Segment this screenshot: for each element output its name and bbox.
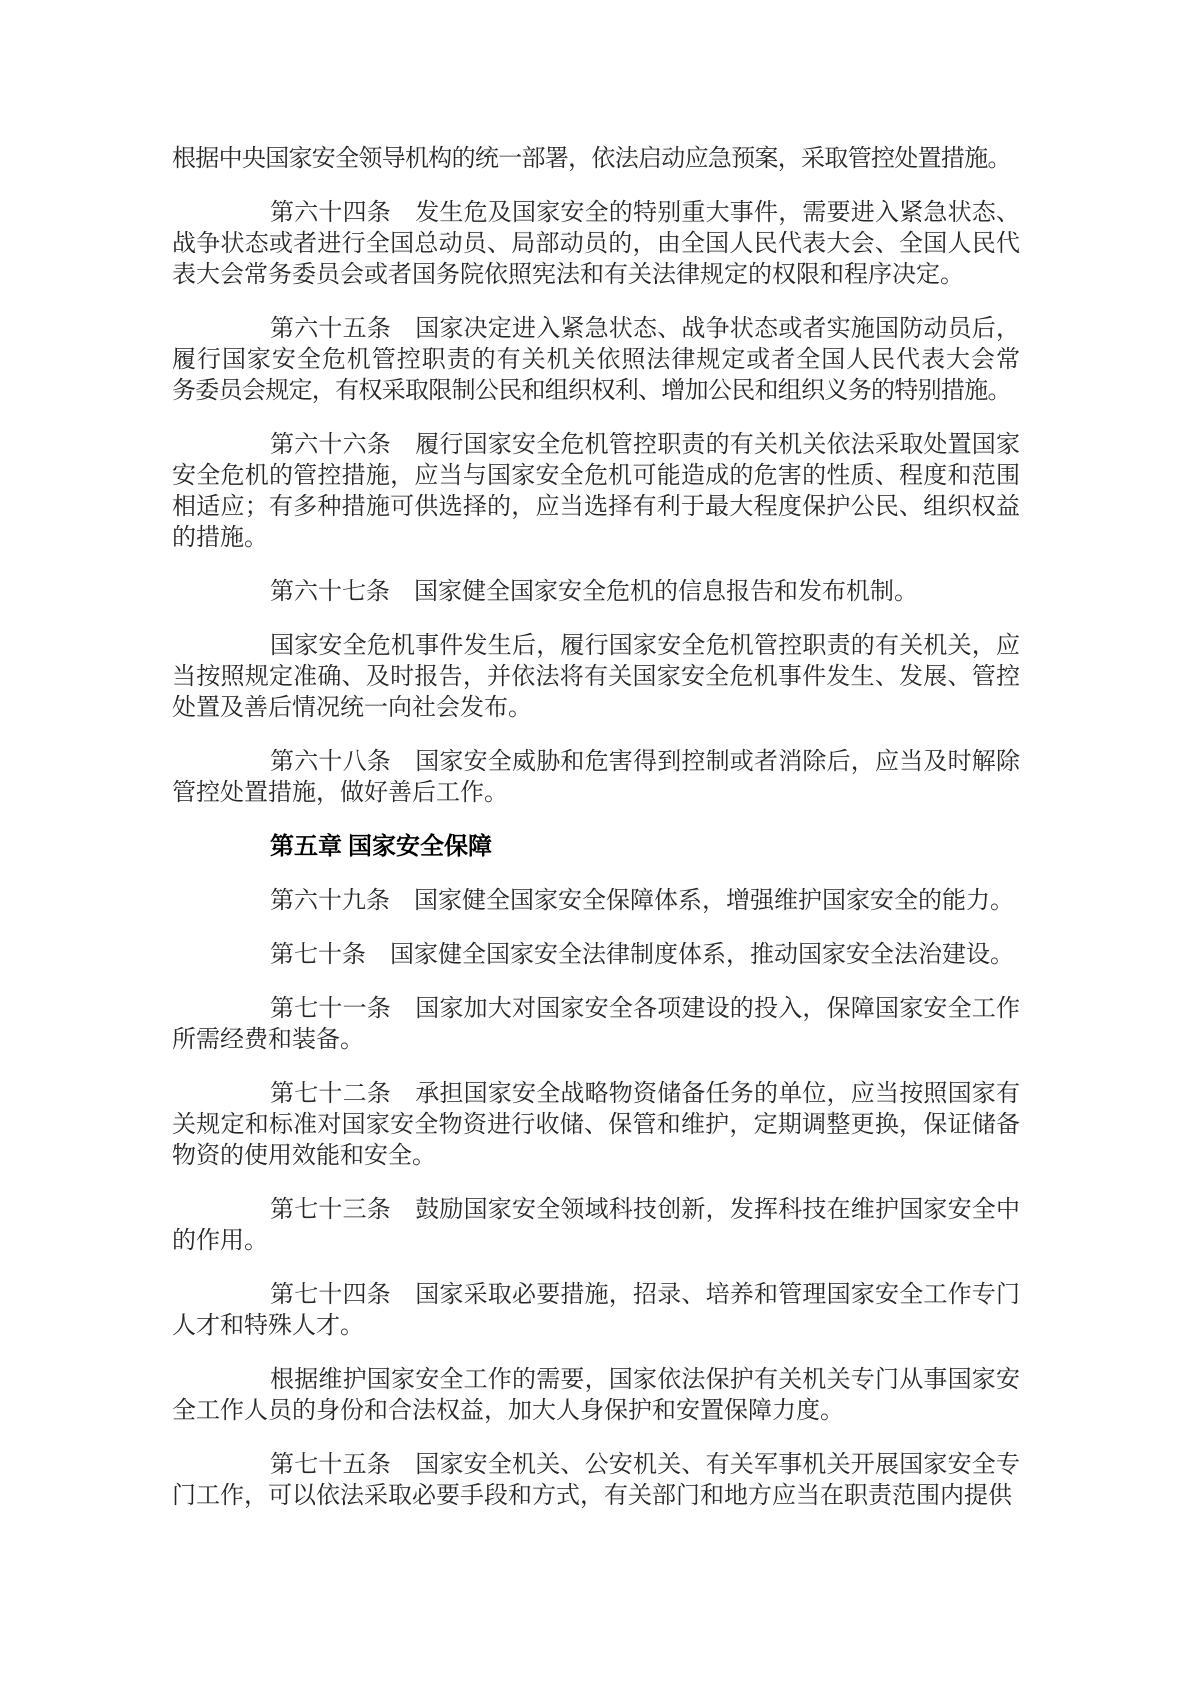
- text-line: 物资的使用效能和安全。: [172, 1141, 1020, 1172]
- legal-paragraph: 第七十四条 国家采取必要措施，招录、培养和管理国家安全工作专门人才和特殊人才。: [172, 1280, 1020, 1342]
- legal-paragraph: 第六十八条 国家安全威胁和危害得到控制或者消除后，应当及时解除管控处置措施，做好…: [172, 747, 1020, 809]
- legal-paragraph: 根据维护国家安全工作的需要，国家依法保护有关机关专门从事国家安全工作人员的身份和…: [172, 1365, 1020, 1427]
- text-line: 当按照规定准确、及时报告，并依法将有关国家安全危机事件发生、发展、管控: [172, 662, 1020, 693]
- legal-paragraph: 第六十五条 国家决定进入紧急状态、战争状态或者实施国防动员后，履行国家安全危机管…: [172, 314, 1020, 407]
- text-line: 第七十一条 国家加大对国家安全各项建设的投入，保障国家安全工作: [172, 994, 1020, 1025]
- text-line: 处置及善后情况统一向社会发布。: [172, 693, 1020, 724]
- text-line: 第六十四条 发生危及国家安全的特别重大事件，需要进入紧急状态、: [172, 198, 1020, 229]
- text-line: 管控处置措施，做好善后工作。: [172, 778, 1020, 809]
- legal-paragraph: 第七十二条 承担国家安全战略物资储备任务的单位，应当按照国家有关规定和标准对国家…: [172, 1079, 1020, 1172]
- text-line: 履行国家安全危机管控职责的有关机关依照法律规定或者全国人民代表大会常: [172, 345, 1020, 376]
- text-line: 第六十七条 国家健全国家安全危机的信息报告和发布机制。: [172, 577, 1020, 608]
- chapter-heading: 第五章 国家安全保障: [172, 832, 1020, 863]
- legal-paragraph: 第六十六条 履行国家安全危机管控职责的有关机关依法采取处置国家安全危机的管控措施…: [172, 430, 1020, 554]
- legal-paragraph: 第六十九条 国家健全国家安全保障体系，增强维护国家安全的能力。: [172, 886, 1020, 917]
- text-line: 根据维护国家安全工作的需要，国家依法保护有关机关专门从事国家安: [172, 1365, 1020, 1396]
- text-line: 第六十八条 国家安全威胁和危害得到控制或者消除后，应当及时解除: [172, 747, 1020, 778]
- text-line: 门工作，可以依法采取必要手段和方式，有关部门和地方应当在职责范围内提供: [172, 1481, 1020, 1512]
- text-line: 的作用。: [172, 1226, 1020, 1257]
- legal-paragraph: 第七十三条 鼓励国家安全领域科技创新，发挥科技在维护国家安全中的作用。: [172, 1195, 1020, 1257]
- legal-paragraph: 第七十一条 国家加大对国家安全各项建设的投入，保障国家安全工作所需经费和装备。: [172, 994, 1020, 1056]
- text-line: 第六十六条 履行国家安全危机管控职责的有关机关依法采取处置国家: [172, 430, 1020, 461]
- legal-paragraph: 第七十条 国家健全国家安全法律制度体系，推动国家安全法治建设。: [172, 940, 1020, 971]
- text-line: 相适应；有多种措施可供选择的，应当选择有利于最大程度保护公民、组织权益: [172, 492, 1020, 523]
- text-line: 第七十四条 国家采取必要措施，招录、培养和管理国家安全工作专门: [172, 1280, 1020, 1311]
- text-line: 根据中央国家安全领导机构的统一部署，依法启动应急预案，采取管控处置措施。: [172, 144, 1020, 175]
- text-line: 第七十三条 鼓励国家安全领域科技创新，发挥科技在维护国家安全中: [172, 1195, 1020, 1226]
- text-line: 全工作人员的身份和合法权益，加大人身保护和安置保障力度。: [172, 1396, 1020, 1427]
- document-page: 根据中央国家安全领导机构的统一部署，依法启动应急预案，采取管控处置措施。第六十四…: [0, 0, 1191, 1684]
- legal-paragraph: 第七十五条 国家安全机关、公安机关、有关军事机关开展国家安全专门工作，可以依法采…: [172, 1450, 1020, 1512]
- text-line: 关规定和标准对国家安全物资进行收储、保管和维护，定期调整更换，保证储备: [172, 1110, 1020, 1141]
- legal-paragraph: 第六十七条 国家健全国家安全危机的信息报告和发布机制。: [172, 577, 1020, 608]
- text-line: 第六十五条 国家决定进入紧急状态、战争状态或者实施国防动员后，: [172, 314, 1020, 345]
- legal-paragraph: 第六十四条 发生危及国家安全的特别重大事件，需要进入紧急状态、战争状态或者进行全…: [172, 198, 1020, 291]
- text-line: 表大会常务委员会或者国务院依照宪法和有关法律规定的权限和程序决定。: [172, 260, 1020, 291]
- text-line: 的措施。: [172, 523, 1020, 554]
- document-body: 根据中央国家安全领导机构的统一部署，依法启动应急预案，采取管控处置措施。第六十四…: [172, 144, 1020, 1512]
- text-line: 务委员会规定，有权采取限制公民和组织权利、增加公民和组织义务的特别措施。: [172, 376, 1020, 407]
- text-line: 第七十二条 承担国家安全战略物资储备任务的单位，应当按照国家有: [172, 1079, 1020, 1110]
- legal-paragraph: 国家安全危机事件发生后，履行国家安全危机管控职责的有关机关，应当按照规定准确、及…: [172, 631, 1020, 724]
- text-line: 第七十五条 国家安全机关、公安机关、有关军事机关开展国家安全专: [172, 1450, 1020, 1481]
- text-line: 第五章 国家安全保障: [172, 832, 1020, 863]
- text-line: 战争状态或者进行全国总动员、局部动员的，由全国人民代表大会、全国人民代: [172, 229, 1020, 260]
- text-line: 第六十九条 国家健全国家安全保障体系，增强维护国家安全的能力。: [172, 886, 1020, 917]
- text-line: 所需经费和装备。: [172, 1025, 1020, 1056]
- text-line: 第七十条 国家健全国家安全法律制度体系，推动国家安全法治建设。: [172, 940, 1020, 971]
- text-line: 国家安全危机事件发生后，履行国家安全危机管控职责的有关机关，应: [172, 631, 1020, 662]
- text-line: 安全危机的管控措施，应当与国家安全危机可能造成的危害的性质、程度和范围: [172, 461, 1020, 492]
- text-line: 人才和特殊人才。: [172, 1311, 1020, 1342]
- legal-paragraph: 根据中央国家安全领导机构的统一部署，依法启动应急预案，采取管控处置措施。: [172, 144, 1020, 175]
